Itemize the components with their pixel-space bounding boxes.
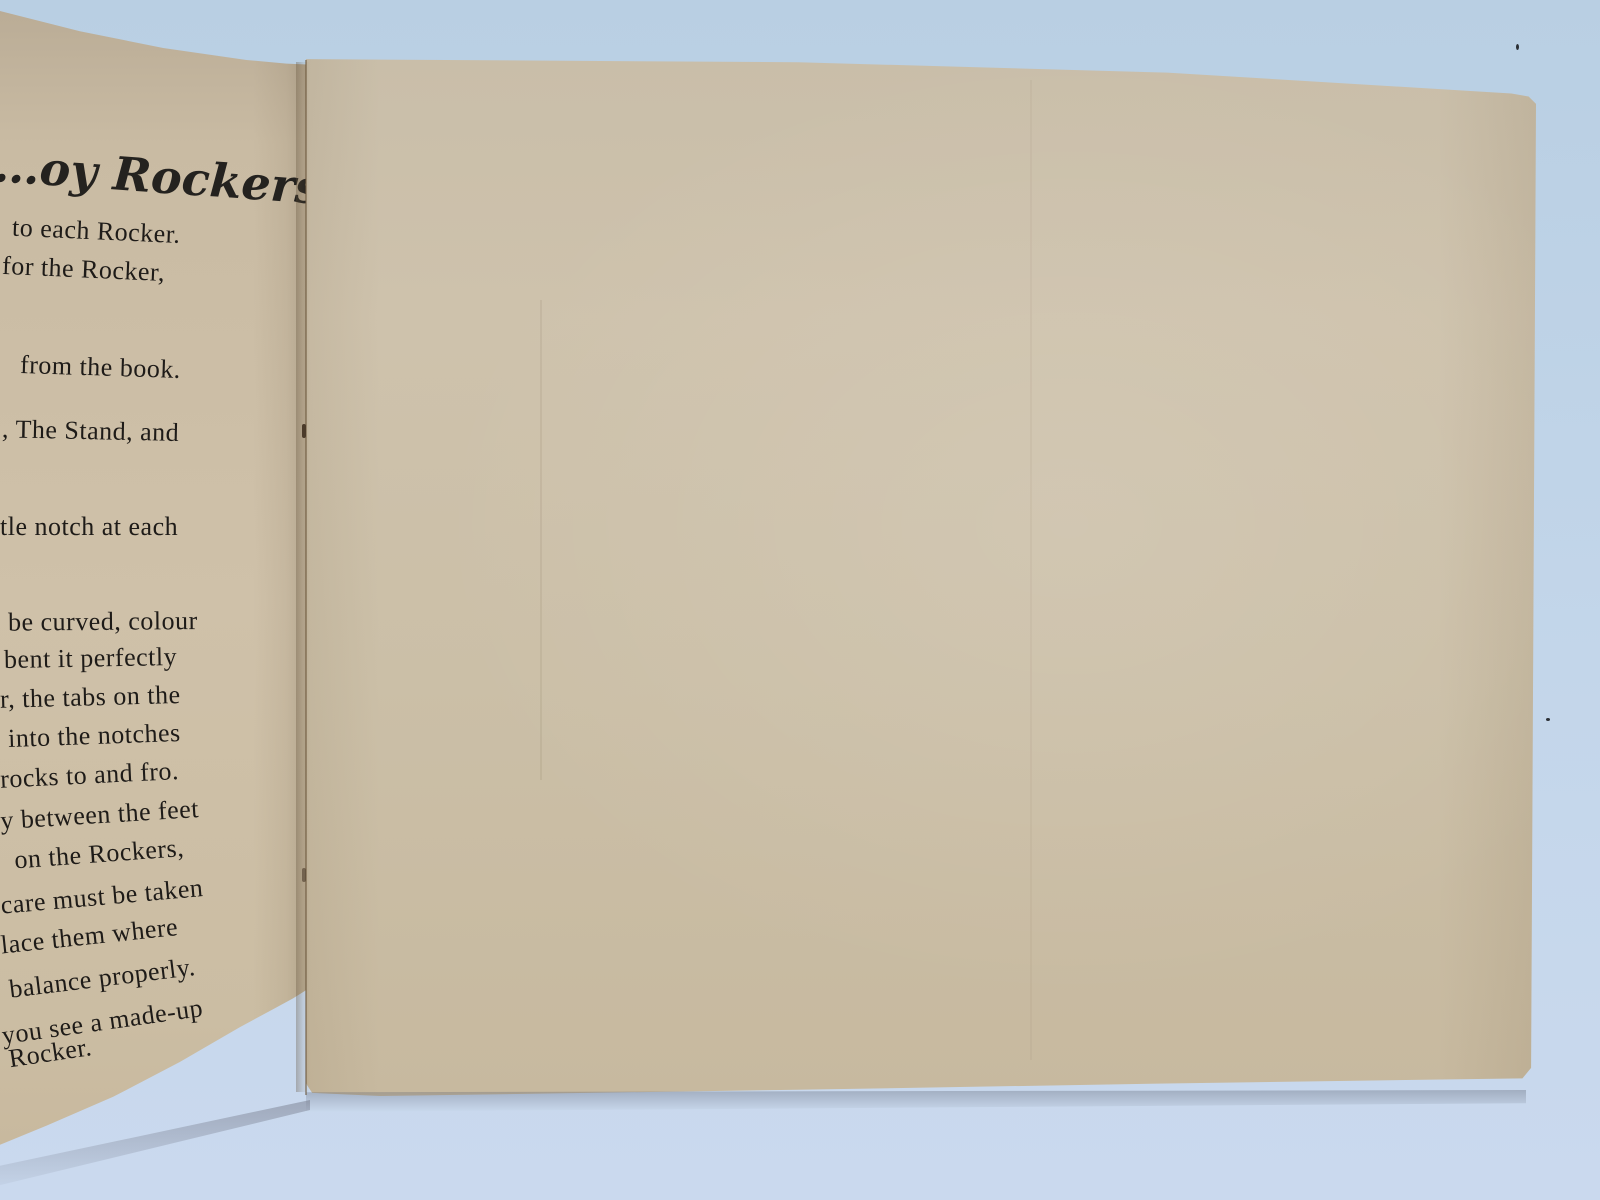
gutter-shadow [296,62,310,1092]
text-line: from the book. [20,350,182,385]
text-line: bent it perfectly [4,642,178,675]
right-page-blank [306,56,1536,1096]
surface-speck [1546,718,1550,721]
text-line: on the Rockers, [13,833,185,875]
paper-crease [540,300,542,780]
right-page-shadow [306,1090,1526,1112]
staple-icon [302,424,306,438]
staple-icon [302,868,306,882]
text-line: into the notches [8,718,182,754]
page-heading: …oy Rockers. [0,138,339,216]
text-line: , The Stand, and [2,414,180,448]
text-line: r, the tabs on the [0,680,181,715]
surface-speck [1516,44,1519,50]
text-line: lace them where [0,912,179,960]
heading-text: …oy Rockers. [0,138,339,216]
text-line: to each Rocker. [12,213,182,250]
left-page-text: …oy Rockers. to each Rocker. for the Roc… [0,0,320,1200]
spine-fold [305,60,307,1095]
text-line: for the Rocker, [2,251,166,288]
text-line: tle notch at each [0,512,178,542]
paper-crease [1030,80,1032,1060]
text-line: be curved, colour [8,606,198,638]
text-line: rocks to and fro. [0,756,180,795]
text-line: y between the feet [0,794,200,836]
